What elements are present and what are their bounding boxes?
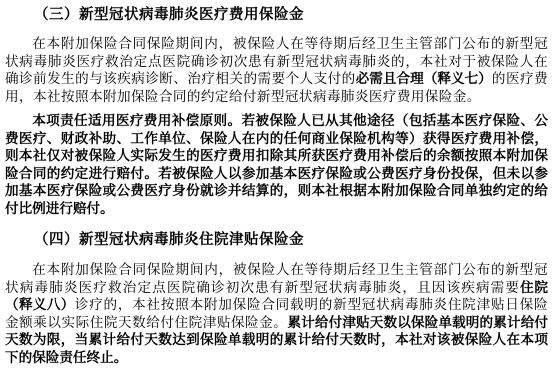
section-heading-medical-expense-benefit: （三）新型冠状病毒肺炎医疗费用保险金 (5, 6, 548, 24)
document-page: （三）新型冠状病毒肺炎医疗费用保险金 在本附加保险合同保险期间内，被保险人在等待… (0, 0, 553, 375)
section-heading-hospitalization-allowance-benefit: （四）新型冠状病毒肺炎住院津贴保险金 (5, 231, 548, 249)
text-run-emphasis: 本项责任适用医疗费用补偿原则。若被保险人已从其他途径（包括基本医疗保险、公费医疗… (5, 113, 548, 216)
text-run-emphasis: 必需且合理（释义七） (356, 71, 492, 86)
paragraph-compensation-principle: 本项责任适用医疗费用补偿原则。若被保险人已从其他途径（包括基本医疗保险、公费医疗… (5, 112, 548, 217)
paragraph-medical-expense-terms: 在本附加保险合同保险期间内，被保险人在等待期后经卫生主管部门公布的新型冠状病毒肺… (5, 35, 548, 105)
text-run: 在本附加保险合同保险期间内，被保险人在等待期后经卫生主管部门公布的新型冠状病毒肺… (5, 262, 548, 295)
paragraph-hospitalization-allowance-terms: 在本附加保险合同保险期间内，被保险人在等待期后经卫生主管部门公布的新型冠状病毒肺… (5, 261, 548, 366)
